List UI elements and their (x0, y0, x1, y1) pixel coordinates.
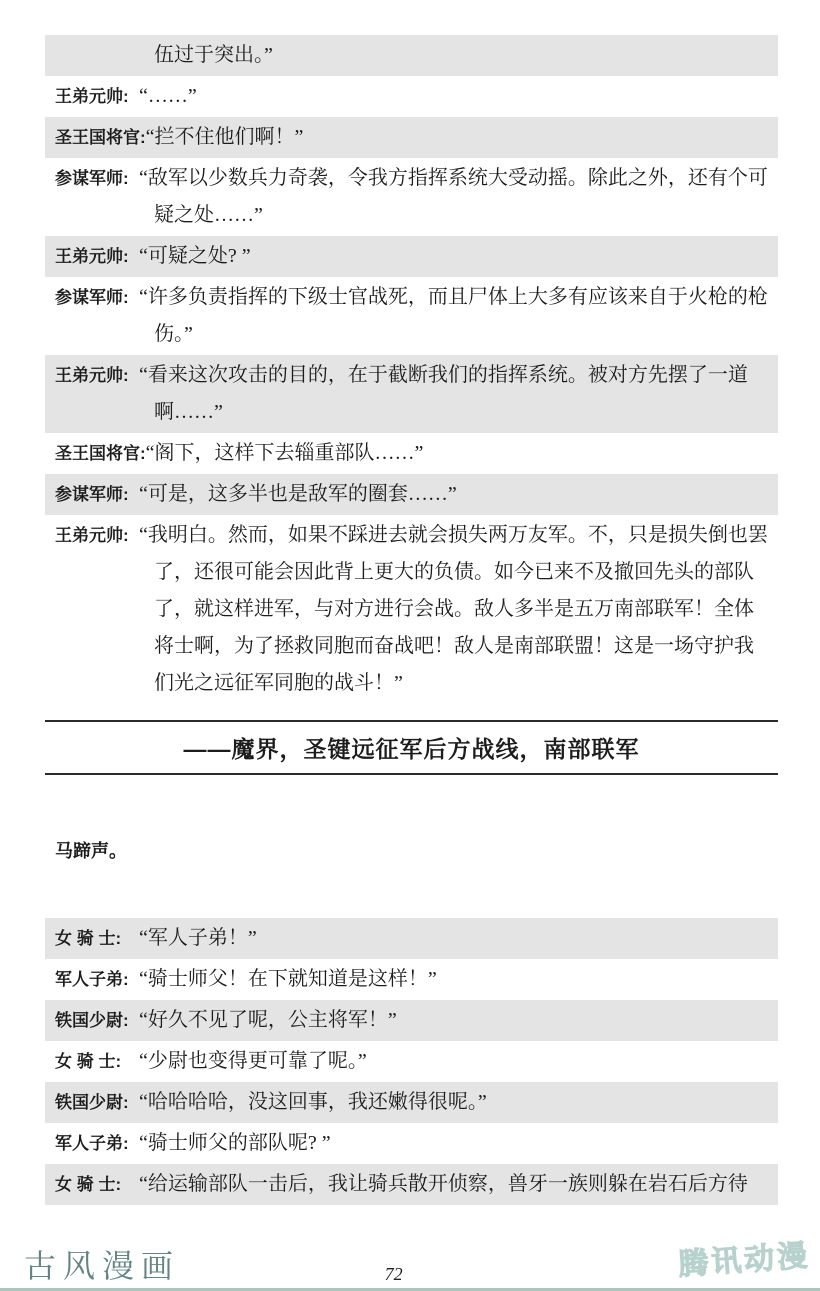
dialogue-row: 伍过于突出。” (45, 35, 778, 76)
speaker-label: 军人子弟: (55, 1125, 139, 1162)
scene-heading: ——魔界，圣键远征军后方战线，南部联军 (45, 720, 778, 775)
dialogue-row: 参谋军师:“敌军以少数兵力奇袭，令我方指挥系统大受动摇。除此之外，还有个可疑之处… (45, 158, 778, 236)
speech-text: “拦不住他们啊！” (146, 119, 768, 156)
speaker-label: 王弟元帅: (55, 238, 139, 275)
speaker-label: 铁国少尉: (55, 1002, 139, 1039)
speaker-label: 圣王国将官: (55, 119, 146, 156)
speaker-label: 女 骑 士: (55, 920, 139, 957)
speech-text: “可疑之处? ” (139, 238, 768, 275)
script-page: 伍过于突出。”王弟元帅:“……”圣王国将官:“拦不住他们啊！”参谋军师:“敌军以… (0, 0, 820, 1291)
speaker-label: 王弟元帅: (55, 78, 139, 115)
speech-text: “骑士师父的部队呢? ” (139, 1125, 768, 1162)
dialogue-row: 军人子弟:“骑士师父的部队呢? ” (45, 1123, 778, 1164)
speaker-label: 铁国少尉: (55, 1084, 139, 1121)
stage-direction-text: 马蹄声。 (55, 841, 127, 861)
scene-heading-text: ——魔界，圣键远征军后方战线，南部联军 (184, 736, 640, 762)
speech-text: “看来这次攻击的目的，在于截断我们的指挥系统。被对方先摆了一道啊……” (139, 357, 768, 431)
speech-text: “好久不见了呢，公主将军！” (139, 1002, 768, 1039)
speaker-label: 王弟元帅: (55, 517, 139, 554)
speech-text: “……” (139, 78, 768, 115)
dialogue-row: 圣王国将官:“阁下，这样下去辎重部队……” (45, 433, 778, 474)
dialogue-section-1: 伍过于突出。”王弟元帅:“……”圣王国将官:“拦不住他们啊！”参谋军师:“敌军以… (45, 35, 778, 704)
page-number: 72 (385, 1264, 403, 1285)
dialogue-row: 铁国少尉:“哈哈哈哈，没这回事，我还嫩得很呢。” (45, 1082, 778, 1123)
dialogue-row: 参谋军师:“许多负责指挥的下级士官战死，而且尸体上大多有应该来自于火枪的枪伤。” (45, 277, 778, 355)
dialogue-row: 王弟元帅:“看来这次攻击的目的，在于截断我们的指挥系统。被对方先摆了一道啊……” (45, 355, 778, 433)
page-number-text: 72 (385, 1264, 403, 1284)
speech-text: “阁下，这样下去辎重部队……” (146, 435, 768, 472)
speaker-label: 王弟元帅: (55, 357, 139, 394)
speaker-label: 军人子弟: (55, 961, 139, 998)
speech-text: 伍过于突出。” (139, 37, 768, 74)
dialogue-section-2: 女 骑 士:“军人子弟！”军人子弟:“骑士师父！在下就知道是这样！”铁国少尉:“… (45, 918, 778, 1205)
dialogue-row: 女 骑 士:“给运输部队一击后，我让骑兵散开侦察，兽牙一族则躲在岩石后方待 (45, 1164, 778, 1205)
publisher-logo: 腾讯动漫 (677, 1230, 812, 1283)
speaker-label: 女 骑 士: (55, 1166, 139, 1203)
page-content: 伍过于突出。”王弟元帅:“……”圣王国将官:“拦不住他们啊！”参谋军师:“敌军以… (45, 0, 778, 1205)
speaker-label: 圣王国将官: (55, 435, 146, 472)
dialogue-row: 王弟元帅:“……” (45, 76, 778, 117)
publisher-logo-text: 腾讯动漫 (677, 1239, 811, 1281)
speaker-label: 参谋军师: (55, 160, 139, 197)
dialogue-row: 铁国少尉:“好久不见了呢，公主将军！” (45, 1000, 778, 1041)
speech-text: “哈哈哈哈，没这回事，我还嫩得很呢。” (139, 1084, 768, 1121)
speech-text: “少尉也变得更可靠了呢。” (139, 1043, 768, 1080)
speech-text: “可是，这多半也是敌军的圈套……” (139, 476, 768, 513)
watermark-text: 古风漫画 (24, 1248, 180, 1284)
stage-direction: 马蹄声。 (45, 837, 778, 863)
dialogue-row: 王弟元帅:“可疑之处? ” (45, 236, 778, 277)
speech-text: “敌军以少数兵力奇袭，令我方指挥系统大受动摇。除此之外，还有个可疑之处……” (139, 160, 768, 234)
speech-text: “给运输部队一击后，我让骑兵散开侦察，兽牙一族则躲在岩石后方待 (139, 1166, 768, 1203)
speaker-label: 参谋军师: (55, 476, 139, 513)
dialogue-row: 圣王国将官:“拦不住他们啊！” (45, 117, 778, 158)
watermark: 古风漫画 (24, 1241, 180, 1287)
dialogue-row: 参谋军师:“可是，这多半也是敌军的圈套……” (45, 474, 778, 515)
speech-text: “骑士师父！在下就知道是这样！” (139, 961, 768, 998)
dialogue-row: 王弟元帅:“我明白。然而，如果不踩进去就会损失两万友军。不，只是损失倒也罢了，还… (45, 515, 778, 704)
dialogue-row: 军人子弟:“骑士师父！在下就知道是这样！” (45, 959, 778, 1000)
dialogue-row: 女 骑 士:“少尉也变得更可靠了呢。” (45, 1041, 778, 1082)
speech-text: “许多负责指挥的下级士官战死，而且尸体上大多有应该来自于火枪的枪伤。” (139, 279, 768, 353)
speech-text: “军人子弟！” (139, 920, 768, 957)
speaker-label: 参谋军师: (55, 279, 139, 316)
speaker-label: 女 骑 士: (55, 1043, 139, 1080)
speech-text: “我明白。然而，如果不踩进去就会损失两万友军。不，只是损失倒也罢了，还很可能会因… (139, 517, 768, 702)
dialogue-row: 女 骑 士:“军人子弟！” (45, 918, 778, 959)
